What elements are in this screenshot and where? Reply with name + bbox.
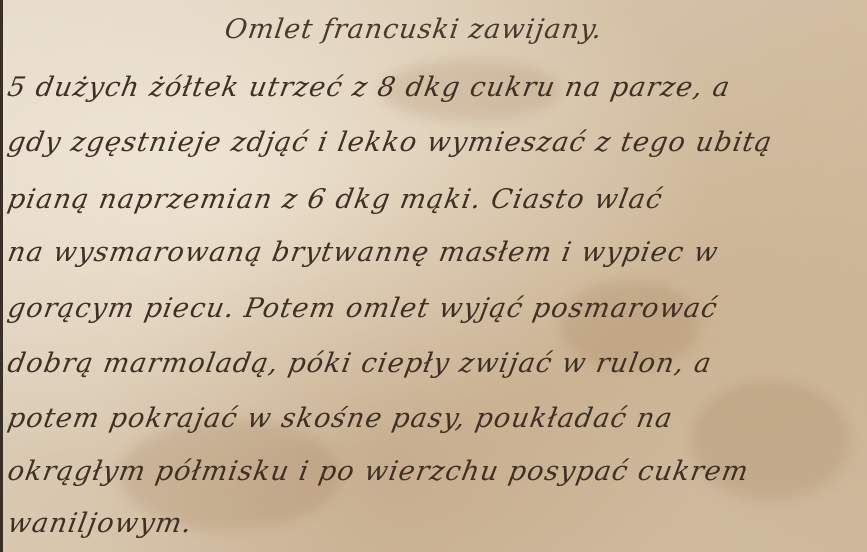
recipe-line-4: na wysmarowaną brytwannę masłem i wypiec… — [5, 237, 721, 268]
recipe-line-6: dobrą marmoladą, póki ciepły zwijać w ru… — [5, 348, 714, 379]
recipe-line-1: 5 dużych żółtek utrzeć z 8 dkg cukru na … — [5, 72, 733, 103]
recipe-line-5: gorącym piecu. Potem omlet wyjąć posmaro… — [5, 293, 720, 324]
page-edge — [0, 0, 3, 552]
recipe-line-2: gdy zgęstnieje zdjąć i lekko wymieszać z… — [5, 127, 775, 158]
recipe-title: Omlet francuski zawijany. — [223, 14, 605, 45]
recipe-line-9: waniljowym. — [5, 508, 195, 539]
recipe-line-8: okrągłym półmisku i po wierzchu posypać … — [5, 456, 751, 487]
recipe-line-7: potem pokrajać w skośne pasy, poukładać … — [5, 403, 675, 434]
handwritten-recipe-page: Omlet francuski zawijany. 5 dużych żółte… — [0, 0, 867, 552]
recipe-line-3: pianą naprzemian z 6 dkg mąki. Ciasto wl… — [5, 184, 665, 215]
